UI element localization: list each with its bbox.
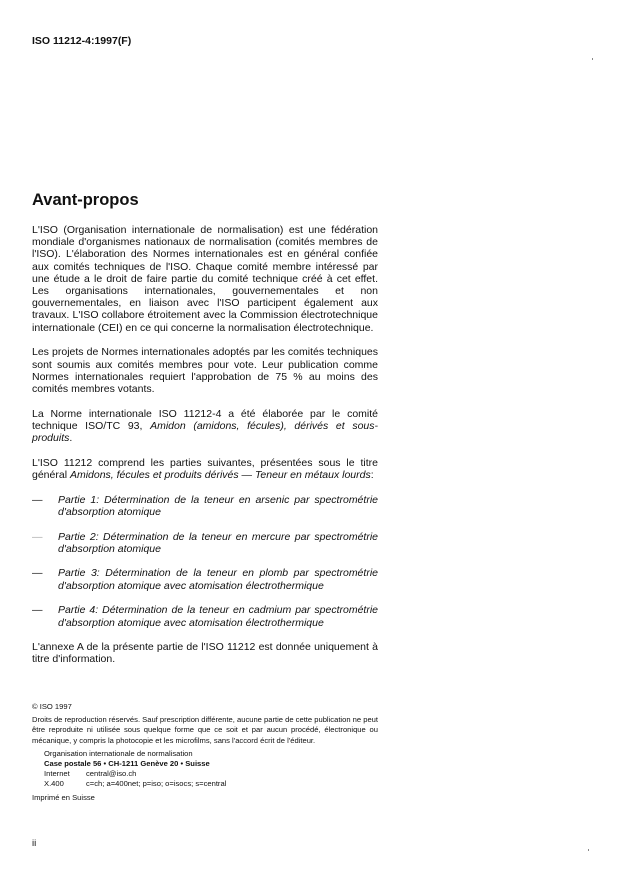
paragraph-voting: Les projets de Normes internationales ad… [32, 346, 378, 395]
dash-bullet: — [32, 604, 43, 616]
section-title: Avant-propos [32, 191, 139, 210]
document-id-header: ISO 11212-4:1997(F) [32, 35, 131, 47]
publisher-address: Organisation internationale de normalisa… [32, 749, 378, 790]
copyright-block: © ISO 1997 Droits de reproduction réserv… [32, 702, 378, 803]
x400-value: c=ch; a=400net; p=iso; o=isocs; s=centra… [86, 779, 226, 789]
scan-speck [592, 58, 593, 60]
list-item-part-2: —Partie 2: Détermination de la teneur en… [32, 531, 378, 555]
scan-speck [588, 849, 589, 851]
internet-row: Internet central@iso.ch [44, 769, 378, 779]
x400-label: X.400 [44, 779, 86, 789]
part-2-text: Partie 2: Détermination de la teneur en … [58, 531, 378, 555]
paragraph-committee: La Norme internationale ISO 11212-4 a ét… [32, 408, 378, 445]
page-number: ii [32, 838, 36, 849]
parts-intro-punct: : [371, 469, 374, 481]
general-title: Amidons, fécules et produits dérivés — T… [70, 469, 371, 481]
dash-bullet: — [32, 567, 43, 579]
paragraph-parts-intro: L'ISO 11212 comprend les parties suivant… [32, 457, 378, 481]
postal-address: Case postale 56 • CH-1211 Genève 20 • Su… [44, 759, 378, 769]
part-4-text: Partie 4: Détermination de la teneur en … [58, 604, 378, 628]
paragraph-iso-intro: L'ISO (Organisation internationale de no… [32, 224, 378, 334]
part-1-text: Partie 1: Détermination de la teneur en … [58, 494, 378, 518]
x400-row: X.400 c=ch; a=400net; p=iso; o=isocs; s=… [44, 779, 378, 789]
foreword-body: L'ISO (Organisation internationale de no… [32, 224, 378, 678]
parts-list: —Partie 1: Détermination de la teneur en… [32, 494, 378, 629]
list-item-part-1: —Partie 1: Détermination de la teneur en… [32, 494, 378, 518]
organisation-name: Organisation internationale de normalisa… [44, 749, 378, 759]
paragraph-annex: L'annexe A de la présente partie de l'IS… [32, 641, 378, 665]
dash-bullet: — [32, 531, 43, 543]
part-3-text: Partie 3: Détermination de la teneur en … [58, 567, 378, 591]
list-item-part-3: —Partie 3: Détermination de la teneur en… [32, 567, 378, 591]
dash-bullet: — [32, 494, 43, 506]
rights-statement: Droits de reproduction réservés. Sauf pr… [32, 715, 378, 746]
copyright-notice: © ISO 1997 [32, 702, 378, 712]
internet-email: central@iso.ch [86, 769, 136, 779]
internet-label: Internet [44, 769, 86, 779]
committee-punct: . [69, 432, 72, 444]
printed-in: Imprimé en Suisse [32, 793, 378, 803]
list-item-part-4: —Partie 4: Détermination de la teneur en… [32, 604, 378, 628]
